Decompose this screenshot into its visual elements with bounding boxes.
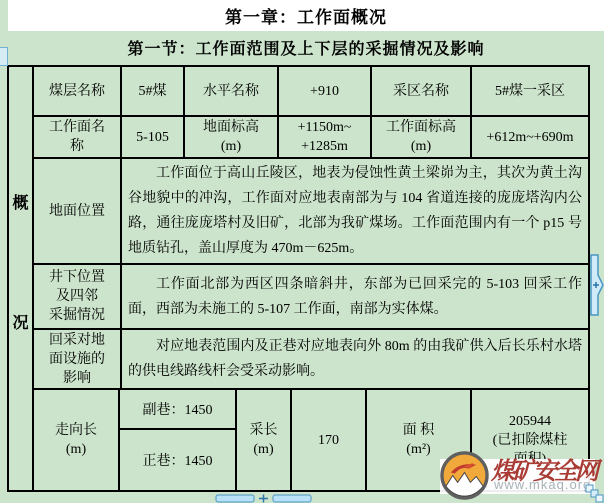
cell-level-value: +910: [279, 67, 372, 115]
cell-underground-position-text: 工作面北部为西区四条暗斜井，东部为已回采完的 5-103 回采工作面，西部为未施…: [122, 265, 588, 328]
mkaq-logo-icon: [440, 451, 489, 500]
cell-roadway-lengths: 副巷：1450 正巷：1450: [120, 390, 237, 490]
cell-face-length-value: 170: [292, 390, 367, 490]
overview-table: 概 况 煤层名称 5#煤 水平名称 +910 采区名称 5#煤一采区 工作面名 …: [7, 65, 590, 492]
cell-ground-elev-value: +1150m~ +1285m: [279, 117, 372, 157]
table-row: 井下位置 及四邻 采掘情况 工作面北部为西区四条暗斜井，东部为已回采完的 5-1…: [34, 265, 588, 330]
ground-position-paragraph: 工作面位于高山丘陵区，地表为侵蚀性黄土梁峁为主，其次为黄土沟谷地貌中的冲沟，工作…: [128, 161, 582, 261]
cell-coal-seam-label: 煤层名称: [34, 67, 122, 115]
table-row: 工作面名 称 5-105 地面标高 (m) +1150m~ +1285m 工作面…: [34, 117, 588, 159]
object-anchor-icon[interactable]: [0, 47, 8, 66]
surface-impact-paragraph: 对应地表范围内及正巷对应地表向外 80m 的由我矿供入后长乐村水塔的供电线路线杆…: [128, 334, 582, 384]
table-row: 地面位置 工作面位于高山丘陵区，地表为侵蚀性黄土梁峁为主，其次为黄土沟谷地貌中的…: [34, 159, 588, 265]
cell-face-length-label: 采长 (m): [237, 390, 292, 490]
cell-ground-elev-label: 地面标高 (m): [185, 117, 279, 157]
table-row: 煤层名称 5#煤 水平名称 +910 采区名称 5#煤一采区: [34, 67, 588, 117]
section-label-char: 概: [9, 190, 32, 213]
cell-face-elev-value: +612m~+690m: [472, 117, 588, 157]
table-row: 回采对地 面设施的 影响 对应地表范围内及正巷对应地表向外 80m 的由我矿供入…: [34, 330, 588, 390]
cell-face-name-value: 5-105: [122, 117, 185, 157]
chapter-title: 第一章：工作面概况: [8, 0, 604, 31]
cell-face-name-label: 工作面名 称: [34, 117, 122, 157]
cell-underground-position-label: 井下位置 及四邻 采掘情况: [34, 265, 122, 328]
cell-strike-length-label: 走向长 (m): [34, 390, 120, 490]
cell-main-roadway-value: 正巷：1450: [120, 430, 235, 490]
cell-ground-position-text: 工作面位于高山丘陵区，地表为侵蚀性黄土梁峁为主，其次为黄土沟谷地貌中的冲沟，工作…: [122, 159, 588, 263]
cell-surface-impact-text: 对应地表范围内及正巷对应地表向外 80m 的由我矿供入后长乐村水塔的供电线路线杆…: [122, 330, 588, 388]
cell-district-label: 采区名称: [372, 67, 472, 115]
cell-level-label: 水平名称: [185, 67, 279, 115]
watermark-site-url: www.mkaq.org: [494, 477, 591, 492]
cell-surface-impact-label: 回采对地 面设施的 影响: [34, 330, 122, 388]
cell-ground-position-label: 地面位置: [34, 159, 122, 263]
cell-coal-seam-value: 5#煤: [122, 67, 185, 115]
autofit-arrow-icon[interactable]: [590, 254, 604, 316]
document-page: 第一章：工作面概况 第一节：工作面范围及上下层的采掘情况及影响 概 况 煤层名称…: [0, 0, 604, 503]
cell-aux-roadway-value: 副巷：1450: [120, 390, 235, 430]
underground-position-paragraph: 工作面北部为西区四条暗斜井，东部为已回采完的 5-103 回采工作面，西部为未施…: [128, 272, 582, 322]
cell-face-elev-label: 工作面标高 (m): [372, 117, 472, 157]
cell-district-value: 5#煤一采区: [472, 67, 588, 115]
section-label-column: 概 况: [9, 67, 34, 490]
paste-options-icon[interactable]: [585, 484, 604, 503]
split-handle-icon[interactable]: [215, 494, 312, 503]
section-label-char: 况: [9, 310, 32, 333]
section-title: 第一节：工作面范围及上下层的采掘情况及影响: [8, 31, 604, 64]
